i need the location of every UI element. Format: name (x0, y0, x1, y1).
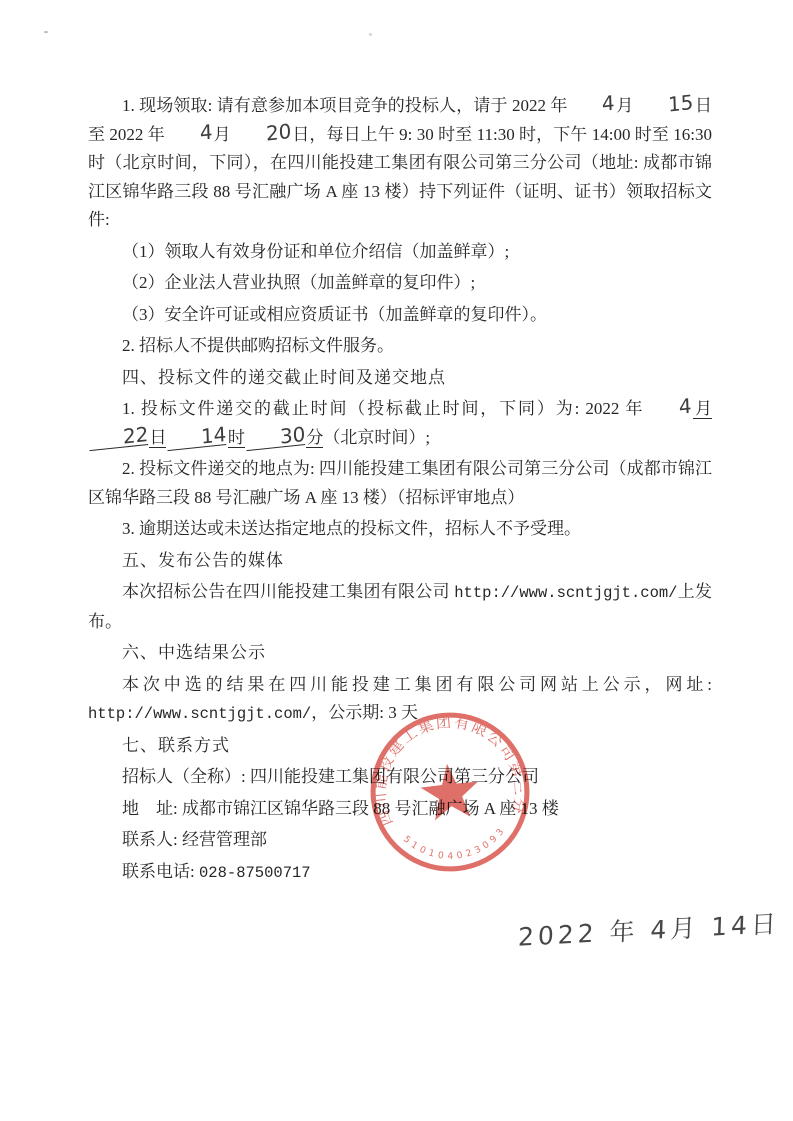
handwritten-text: 14 (167, 423, 227, 450)
text-segment: （1）领取人有效身份证和单位介绍信（加盖鲜章）; (122, 242, 509, 261)
typewriter-text: 028-87500717 (199, 864, 311, 882)
typewriter-text: http://www.scntjgjt.com/ (454, 584, 677, 602)
para-publish-media: 本次招标公告在四川能投建工集团有限公司 http://www.scntjgjt.… (88, 578, 712, 636)
scan-artifact (369, 33, 372, 36)
text-segment: 四、投标文件的递交截止时间及递交地点 (122, 368, 446, 387)
handwritten-text: 4 (568, 93, 615, 118)
text-segment: 本次招标公告在四川能投建工集团有限公司 (122, 582, 454, 601)
text-segment: 1. 现场领取: 请有意参加本项目竞争的投标人，请于 2022 年 (122, 96, 567, 115)
text-segment: 月 (214, 125, 231, 144)
text-segment: 2. 招标人不提供邮购招标文件服务。 (122, 336, 394, 355)
heading-section-5: 五、发布公告的媒体 (88, 547, 712, 576)
para-cert-2: （2）企业法人营业执照（加盖鲜章的复印件）; (88, 269, 712, 298)
para-deadline: 1. 投标文件递交的截止时间（投标截止时间，下同）为: 2022 年4月22日1… (88, 395, 712, 452)
heading-section-7: 七、联系方式 (88, 732, 712, 761)
text-segment: 月 (616, 96, 633, 115)
typewriter-text: http://www.scntjgjt.com/ (88, 705, 311, 723)
para-address: 地 址: 成都市锦江区锦华路三段 88 号汇融广场 A 座 13 楼 (88, 795, 712, 824)
para-cert-3: （3）安全许可证或相应资质证书（加盖鲜章的复印件）。 (88, 301, 712, 330)
para-contact-person: 联系人: 经营管理部 (88, 826, 712, 855)
para-contact-phone: 联系电话: 028-87500717 (88, 858, 712, 888)
handwritten-text: 30 (246, 423, 306, 450)
text-segment: 六、中选结果公示 (122, 643, 266, 662)
text-segment: 日 (149, 428, 166, 448)
text-segment: （北京时间）; (323, 428, 430, 447)
handwritten-text: 22 (89, 423, 149, 450)
heading-section-6: 六、中选结果公示 (88, 639, 712, 668)
text-segment: 地 址: 成都市锦江区锦华路三段 88 号汇融广场 A 座 13 楼 (122, 799, 559, 818)
text-segment: 招标人（全称）: 四川能投建工集团有限公司第三分公司 (122, 767, 539, 786)
para-no-mail-order: 2. 招标人不提供邮购招标文件服务。 (88, 332, 712, 361)
text-segment: 月 (693, 399, 712, 419)
text-segment: 3. 逾期送达或未送达指定地点的投标文件，招标人不予受理。 (122, 519, 581, 538)
text-segment: 时 (228, 428, 245, 448)
document-body: 1. 现场领取: 请有意参加本项目竞争的投标人，请于 2022 年4月15日至 … (88, 92, 712, 890)
text-segment: ，公示期: 3 天 (311, 703, 418, 722)
para-late-rejected: 3. 逾期送达或未送达指定地点的投标文件，招标人不予受理。 (88, 515, 712, 544)
handwritten-text: 4 (166, 121, 213, 146)
handwritten-text: 20 (232, 120, 292, 146)
text-segment: （2）企业法人营业执照（加盖鲜章的复印件）; (122, 273, 475, 292)
para-submit-place: 2. 投标文件递交的地点为: 四川能投建工集团有限公司第三分公司（成都市锦江区锦… (88, 455, 712, 512)
text-segment: 五、发布公告的媒体 (122, 551, 284, 570)
text-segment: 七、联系方式 (122, 736, 230, 755)
text-segment: 2. 投标文件递交的地点为: 四川能投建工集团有限公司第三分公司（成都市锦江区锦… (88, 459, 712, 507)
text-segment: 联系人: 经营管理部 (122, 830, 267, 849)
scanned-document-page: 1. 现场领取: 请有意参加本项目竞争的投标人，请于 2022 年4月15日至 … (0, 0, 793, 1121)
text-segment: （3）安全许可证或相应资质证书（加盖鲜章的复印件）。 (122, 305, 547, 324)
text-segment: 本次中选的结果在四川能投建工集团有限公司网站上公示，网址: (122, 675, 712, 694)
para-result-publicity: 本次中选的结果在四川能投建工集团有限公司网站上公示，网址: http://www… (88, 671, 712, 729)
handwritten-text: 15 (634, 92, 694, 118)
para-cert-1: （1）领取人有效身份证和单位介绍信（加盖鲜章）; (88, 238, 712, 267)
para-onsite-pickup: 1. 现场领取: 请有意参加本项目竞争的投标人，请于 2022 年4月15日至 … (88, 92, 712, 235)
text-segment: 1. 投标文件递交的截止时间（投标截止时间，下同）为: 2022 年 (122, 399, 644, 418)
heading-section-4: 四、投标文件的递交截止时间及递交地点 (88, 364, 712, 393)
para-tenderer: 招标人（全称）: 四川能投建工集团有限公司第三分公司 (88, 763, 712, 792)
text-segment: 分 (306, 428, 323, 448)
text-segment: 联系电话: (122, 862, 199, 881)
scan-artifact (44, 31, 48, 33)
handwritten-text: 4 (645, 396, 692, 421)
signature-date: 2022 年 4月 14日 (518, 906, 739, 954)
